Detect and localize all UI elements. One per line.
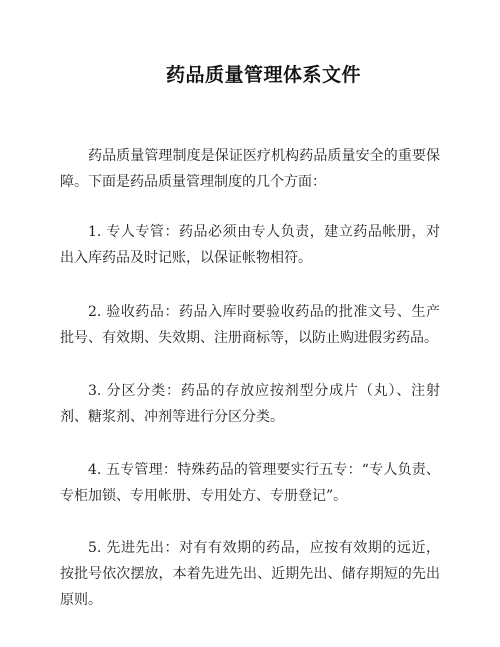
document-page: 药品质量管理体系文件 药品质量管理制度是保证医疗机构药品质量安全的重要保障。下面… xyxy=(0,0,500,647)
list-item: 5. 先进先出：对有有效期的药品，应按有效期的远近，按批号依次摆放，本着先进先出… xyxy=(60,535,440,613)
list-item: 2. 验收药品：药品入库时要验收药品的批准文号、生产批号、有效期、失效期、注册商… xyxy=(60,299,440,351)
list-item: 1. 专人专管：药品必须由专人负责，建立药品帐册，对出入库药品及时记账，以保证帐… xyxy=(60,219,440,271)
document-title: 药品质量管理体系文件 xyxy=(0,60,500,87)
intro-paragraph: 药品质量管理制度是保证医疗机构药品质量安全的重要保障。下面是药品质量管理制度的几… xyxy=(60,143,440,195)
list-item: 3. 分区分类：药品的存放应按剂型分成片（丸）、注射剂、糖浆剂、冲剂等进行分区分… xyxy=(60,378,440,430)
list-item: 4. 五专管理：特殊药品的管理要实行五专：“专人负责、专柜加锁、专用帐册、专用处… xyxy=(60,457,440,509)
